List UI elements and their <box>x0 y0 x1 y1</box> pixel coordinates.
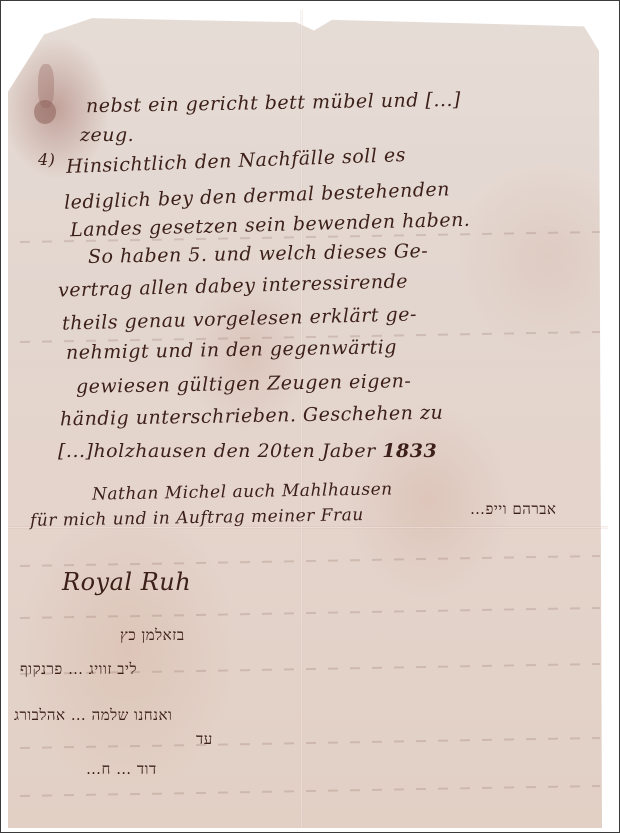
ink-stain-blot <box>34 100 56 124</box>
signature-hebrew-right: אברהם וייפ… <box>470 500 556 519</box>
date-month: Jaber <box>322 440 376 462</box>
date-place-day: [...]holzhausen den 20ten <box>58 440 315 462</box>
signature-hebrew-2: ליב זוויג … פרנקוף <box>20 660 137 679</box>
item-number: 4) <box>38 150 55 169</box>
signature-hebrew-3: ואנחנו שלמה … אהלבורג <box>14 706 172 725</box>
date-line: [...]holzhausen den 20ten Jaber 1833 <box>58 440 437 462</box>
signature-hebrew-4: דוד … ח… <box>86 760 157 779</box>
body-line-2: zeug. <box>80 124 134 146</box>
signature-german-3: Royal Ruh <box>62 568 191 596</box>
signature-hebrew-3b: עד <box>196 730 213 749</box>
date-year: 1833 <box>382 440 437 462</box>
signature-hebrew-1: בזאלמן כץ <box>120 626 185 645</box>
